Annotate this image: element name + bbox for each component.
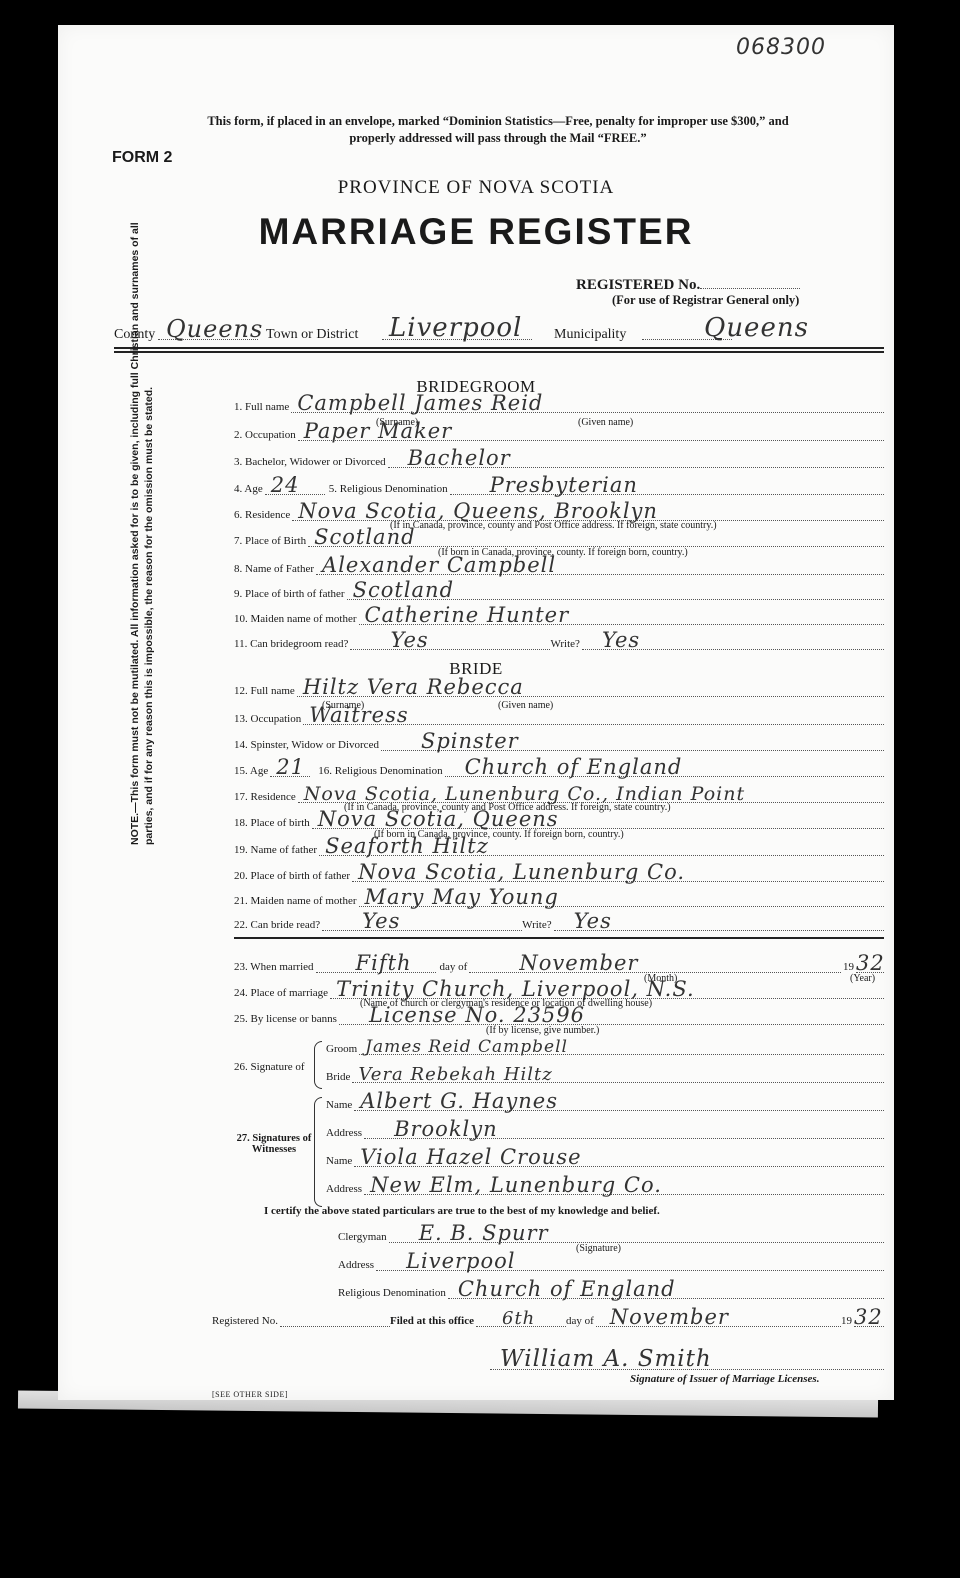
day-of-label: day of [436, 961, 470, 973]
groom-father-birthplace-row: 9. Place of birth of father Scotland [234, 582, 884, 600]
section-divider [114, 347, 884, 353]
postal-notice-line1: This form, if placed in an envelope, mar… [158, 113, 838, 130]
signature-brace [314, 1041, 322, 1089]
page-title: MARRIAGE REGISTER [58, 211, 894, 253]
bride-father-label: 19. Name of father [234, 844, 319, 856]
groom-occupation-row: 2. Occupation Paper Maker [234, 423, 884, 441]
clergyman-address-value: Liverpool [406, 1249, 515, 1273]
bride-write-label: Write? [522, 919, 553, 931]
license-caption: (If by license, give number.) [486, 1025, 599, 1036]
groom-father-row: 8. Name of Father Alexander Campbell [234, 557, 884, 575]
groom-marital-status-row: 3. Bachelor, Widower or Divorced Bachelo… [234, 450, 884, 468]
witnesses-label-line2: Witnesses [234, 1144, 314, 1155]
bride-religion-value: Church of England [465, 755, 683, 779]
witness1-name-row: Name Albert G. Haynes [326, 1093, 884, 1111]
groom-signature-row: Groom James Reid Campbell [326, 1037, 884, 1055]
bride-literacy-row: 22. Can bride read? Yes Write? Yes [234, 913, 884, 931]
bride-father-birthplace-value: Nova Scotia, Lunenburg Co. [358, 860, 685, 884]
filed-at-office-label: Filed at this office [390, 1315, 476, 1327]
groom-write-label: Write? [550, 638, 581, 650]
year-prefix: 19 [841, 961, 856, 973]
registered-number-note: (For use of Registrar General only) [612, 293, 799, 308]
bride-marital-status-label: 14. Spinster, Widow or Divorced [234, 739, 381, 751]
bride-father-birthplace-row: 20. Place of birth of father Nova Scotia… [234, 864, 884, 882]
witness1-name-value: Albert G. Haynes [360, 1089, 558, 1113]
marriage-month-value: November [519, 951, 638, 975]
witness1-address-value: Brooklyn [394, 1117, 498, 1141]
groom-full-name-label: 1. Full name [234, 401, 291, 413]
bride-father-value: Seaforth Hiltz [325, 834, 489, 858]
groom-write-value: Yes [602, 628, 640, 652]
clergyman-address-label: Address [338, 1259, 376, 1271]
groom-father-birthplace-label: 9. Place of birth of father [234, 588, 347, 600]
issuer-signature-line: William A. Smith [490, 1353, 884, 1370]
groom-age-label: 4. Age [234, 483, 265, 495]
groom-residence-row: 6. Residence Nova Scotia, Queens, Brookl… [234, 503, 884, 521]
bride-age-value: 21 [276, 755, 305, 779]
groom-religion-label: 5. Religious Denomination [325, 483, 450, 495]
see-other-side-note: [SEE OTHER SIDE] [212, 1390, 288, 1399]
bride-residence-row: 17. Residence Nova Scotia, Lunenburg Co.… [234, 785, 884, 803]
bride-occupation-row: 13. Occupation Waitress [234, 707, 884, 725]
groom-read-value: Yes [390, 628, 428, 652]
marriage-register-form: 068300 This form, if placed in an envelo… [58, 25, 894, 1400]
certification-statement: I certify the above stated particulars a… [264, 1205, 660, 1217]
filed-day-of-label: day of [566, 1315, 596, 1327]
groom-age-religion-row: 4. Age 24 5. Religious Denomination Pres… [234, 477, 884, 495]
bride-birthplace-row: 18. Place of birth Nova Scotia, Queens [234, 811, 884, 829]
witness2-address-label: Address [326, 1183, 364, 1195]
groom-residence-label: 6. Residence [234, 509, 292, 521]
place-of-marriage-label: 24. Place of marriage [234, 987, 330, 999]
section-rule [234, 937, 884, 939]
bride-signature-row: Bride Vera Rebekah Hiltz [326, 1065, 884, 1083]
bride-occupation-value: Waitress [309, 703, 408, 727]
groom-full-name-row: 1. Full name Campbell James Reid [234, 395, 884, 413]
groom-marital-status-value: Bachelor [408, 446, 511, 470]
signature-of-label: 26. Signature of [234, 1061, 305, 1073]
groom-full-name-value: Campbell James Reid [297, 391, 543, 415]
bride-age-label: 15. Age [234, 765, 270, 777]
bride-birthplace-label: 18. Place of birth [234, 817, 312, 829]
bride-father-birthplace-label: 20. Place of birth of father [234, 870, 352, 882]
groom-marital-status-label: 3. Bachelor, Widower or Divorced [234, 456, 388, 468]
filing-registered-no-blank [280, 1312, 390, 1327]
filed-year-value: 32 [854, 1305, 883, 1329]
municipality-value: Queens [704, 313, 809, 343]
groom-father-birthplace-value: Scotland [353, 578, 454, 602]
bride-full-name-row: 12. Full name Hiltz Vera Rebecca [234, 679, 884, 697]
witness1-name-label: Name [326, 1099, 354, 1111]
side-note: NOTE.—This form must not be mutilated. A… [128, 205, 156, 845]
clergyman-denomination-label: Religious Denomination [338, 1287, 448, 1299]
serial-number: 068300 [736, 35, 826, 60]
license-row: 25. By license or banns License No. 2359… [234, 1007, 884, 1025]
form-number: FORM 2 [112, 149, 172, 167]
filed-year-prefix: 19 [841, 1315, 854, 1327]
town-value: Liverpool [389, 313, 522, 343]
bride-read-value: Yes [362, 909, 400, 933]
clergyman-denomination-value: Church of England [458, 1277, 676, 1301]
registered-number-field: REGISTERED No. [576, 277, 800, 294]
bride-mother-label: 21. Maiden name of mother [234, 895, 359, 907]
municipality-label: Municipality [554, 327, 626, 343]
groom-birthplace-value: Scotland [314, 525, 415, 549]
bride-marital-status-row: 14. Spinster, Widow or Divorced Spinster [234, 733, 884, 751]
filing-registered-no-label: Registered No. [212, 1315, 280, 1327]
bride-mother-row: 21. Maiden name of mother Mary May Young [234, 889, 884, 907]
groom-occupation-label: 2. Occupation [234, 429, 298, 441]
bride-age-religion-row: 15. Age 21 16. Religious Denomination Ch… [234, 759, 884, 777]
witness2-name-row: Name Viola Hazel Crouse [326, 1149, 884, 1167]
clergyman-signature-value: E. B. Spurr [419, 1221, 549, 1245]
bride-signature-label: Bride [326, 1071, 352, 1083]
groom-literacy-row: 11. Can bridegroom read? Yes Write? Yes [234, 632, 884, 650]
place-of-marriage-row: 24. Place of marriage Trinity Church, Li… [234, 981, 884, 999]
witnesses-brace [314, 1097, 322, 1207]
witness2-address-row: Address New Elm, Lunenburg Co. [326, 1177, 884, 1195]
marriage-day-value: Fifth [356, 951, 412, 975]
bride-mother-value: Mary May Young [365, 885, 559, 909]
license-label: 25. By license or banns [234, 1013, 339, 1025]
witnesses-label: 27. Signatures of Witnesses [234, 1133, 314, 1155]
bride-full-name-label: 12. Full name [234, 685, 297, 697]
groom-age-value: 24 [271, 473, 300, 497]
filing-row: Registered No. Filed at this office 6th … [212, 1309, 884, 1327]
groom-mother-row: 10. Maiden name of mother Catherine Hunt… [234, 607, 884, 625]
filed-day-value: 6th [502, 1308, 535, 1329]
location-row: County Queens Town or District Liverpool… [114, 317, 884, 345]
witness2-address-value: New Elm, Lunenburg Co. [370, 1173, 662, 1197]
province-heading: PROVINCE OF NOVA SCOTIA [58, 177, 894, 199]
groom-mother-label: 10. Maiden name of mother [234, 613, 359, 625]
filed-month-value: November [610, 1305, 729, 1329]
bride-write-value: Yes [574, 909, 612, 933]
groom-signature-label: Groom [326, 1043, 359, 1055]
witnesses-label-line1: 27. Signatures of [234, 1133, 314, 1144]
issuer-signature-value: William A. Smith [500, 1346, 712, 1372]
clergyman-label: Clergyman [338, 1231, 389, 1243]
groom-birthplace-row: 7. Place of Birth Scotland [234, 529, 884, 547]
marriage-year-value: 32 [856, 951, 885, 975]
when-married-label: 23. When married [234, 961, 316, 973]
witness2-name-value: Viola Hazel Crouse [360, 1145, 581, 1169]
groom-signature-value: James Reid Campbell [365, 1037, 568, 1057]
witness1-address-label: Address [326, 1127, 364, 1139]
registered-number-label: REGISTERED No. [576, 277, 700, 293]
bride-marital-status-value: Spinster [421, 729, 519, 753]
when-married-row: 23. When married Fifth day of November 1… [234, 955, 884, 973]
groom-religion-value: Presbyterian [490, 473, 638, 497]
witness2-name-label: Name [326, 1155, 354, 1167]
bride-birthplace-value: Nova Scotia, Queens [318, 807, 559, 831]
bride-father-row: 19. Name of father Seaforth Hiltz [234, 838, 884, 856]
groom-mother-value: Catherine Hunter [365, 603, 570, 627]
witness1-address-row: Address Brooklyn [326, 1121, 884, 1139]
clergyman-address-row: Address Liverpool [338, 1253, 884, 1271]
postal-notice: This form, if placed in an envelope, mar… [158, 113, 838, 147]
bride-religion-label: 16. Religious Denomination [310, 765, 444, 777]
registered-number-blank [700, 288, 800, 289]
bride-read-label: 22. Can bride read? [234, 919, 322, 931]
postal-notice-line2: properly addressed will pass through the… [158, 130, 838, 147]
clergyman-row: Clergyman E. B. Spurr [338, 1225, 884, 1243]
groom-birthplace-label: 7. Place of Birth [234, 535, 308, 547]
town-label: Town or District [266, 327, 358, 343]
clergyman-denomination-row: Religious Denomination Church of England [338, 1281, 884, 1299]
groom-occupation-value: Paper Maker [304, 419, 453, 443]
bride-signature-value: Vera Rebekah Hiltz [358, 1064, 552, 1085]
bride-occupation-label: 13. Occupation [234, 713, 303, 725]
county-value: Queens [166, 315, 263, 343]
groom-father-label: 8. Name of Father [234, 563, 316, 575]
license-value: License No. 23596 [369, 1003, 585, 1027]
groom-father-value: Alexander Campbell [322, 553, 556, 577]
issuer-caption: Signature of Issuer of Marriage Licenses… [630, 1373, 819, 1385]
groom-read-label: 11. Can bridegroom read? [234, 638, 350, 650]
bride-full-name-value: Hiltz Vera Rebecca [303, 675, 524, 699]
bride-residence-label: 17. Residence [234, 791, 298, 803]
